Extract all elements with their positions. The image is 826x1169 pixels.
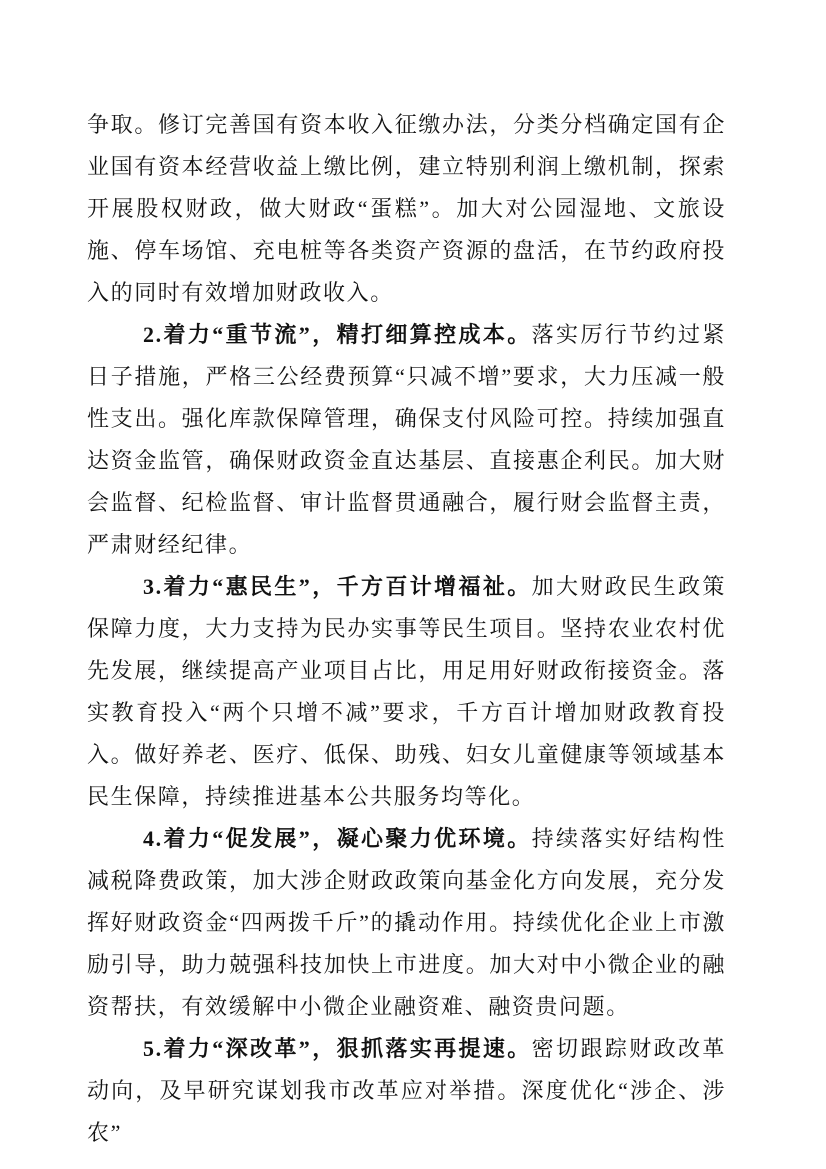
paragraph-item-4-lead: 4.着力“促发展”，凝心聚力优环境。 <box>143 826 532 851</box>
paragraph-item-3-text: 加大财政民生政策保障力度，大力支持为民办实事等民生项目。坚持农业农村优先发展，继… <box>87 574 726 809</box>
document-body: 争取。修订完善国有资本收入征缴办法，分类分档确定国有企业国有资本经营收益上缴比例… <box>87 104 726 1154</box>
paragraph-continuation-text: 争取。修订完善国有资本收入征缴办法，分类分档确定国有企业国有资本经营收益上缴比例… <box>87 112 726 305</box>
paragraph-item-4: 4.着力“促发展”，凝心聚力优环境。持续落实好结构性减税降费政策，加大涉企财政政… <box>87 818 726 1028</box>
paragraph-item-2-lead: 2.着力“重节流”，精打细算控成本。 <box>143 322 532 347</box>
paragraph-item-5-lead: 5.着力“深改革”，狠抓落实再提速。 <box>143 1036 532 1061</box>
paragraph-item-3-lead: 3.着力“惠民生”，千方百计增福祉。 <box>143 574 532 599</box>
paragraph-continuation: 争取。修订完善国有资本收入征缴办法，分类分档确定国有企业国有资本经营收益上缴比例… <box>87 104 726 314</box>
paragraph-item-5: 5.着力“深改革”，狠抓落实再提速。密切跟踪财政改革动向，及早研究谋划我市改革应… <box>87 1028 726 1154</box>
paragraph-item-2: 2.着力“重节流”，精打细算控成本。落实厉行节约过紧日子措施，严格三公经费预算“… <box>87 314 726 566</box>
paragraph-item-3: 3.着力“惠民生”，千方百计增福祉。加大财政民生政策保障力度，大力支持为民办实事… <box>87 566 726 818</box>
paragraph-item-2-text: 落实厉行节约过紧日子措施，严格三公经费预算“只减不增”要求，大力压减一般性支出。… <box>87 322 726 557</box>
paragraph-item-4-text: 持续落实好结构性减税降费政策，加大涉企财政政策向基金化方向发展，充分发挥好财政资… <box>87 826 726 1019</box>
document-page: 争取。修订完善国有资本收入征缴办法，分类分档确定国有企业国有资本经营收益上缴比例… <box>0 0 826 1169</box>
